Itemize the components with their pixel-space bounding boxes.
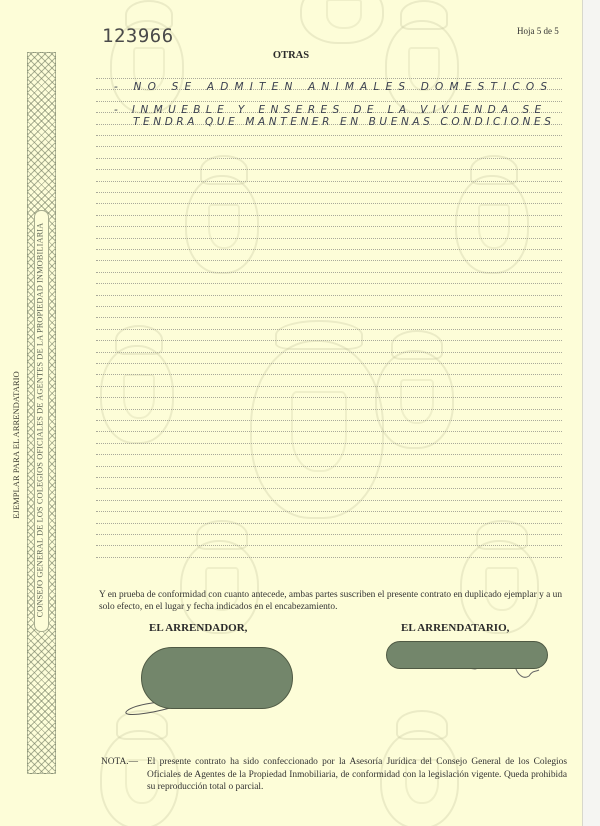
ruled-line — [96, 534, 562, 535]
ruled-line — [96, 340, 562, 341]
contract-page: CONSEJO GENERAL DE LOS COLEGIOS OFICIALE… — [0, 0, 582, 826]
watermark-seal — [460, 540, 539, 634]
handwritten-line: TENDRA QUE MANTENER EN BUENAS CONDICIONE… — [133, 116, 554, 128]
landlord-label: EL ARRENDADOR, — [149, 622, 247, 634]
ruled-line — [96, 169, 562, 170]
ruled-line — [96, 158, 562, 159]
ruled-line — [96, 443, 562, 444]
ruled-line — [96, 488, 562, 489]
note-text: El presente contrato ha sido confecciona… — [147, 756, 567, 794]
tenant-signature-redaction — [386, 641, 548, 669]
ruled-line — [96, 545, 562, 546]
ruled-line — [96, 466, 562, 467]
ruled-line — [96, 431, 562, 432]
ruled-line — [96, 477, 562, 478]
ruled-line — [96, 317, 562, 318]
watermark-seal — [180, 540, 259, 634]
ruled-line — [96, 329, 562, 330]
ruled-line — [96, 181, 562, 182]
page-edge — [582, 0, 600, 826]
ruled-line — [96, 500, 562, 501]
ruled-line — [96, 260, 562, 261]
ruled-line — [96, 386, 562, 387]
watermark-seal — [375, 350, 454, 449]
ruled-line — [96, 306, 562, 307]
ruled-line — [96, 374, 562, 375]
ruled-line — [96, 397, 562, 398]
ruled-line — [96, 272, 562, 273]
ruled-line — [96, 203, 562, 204]
ruled-line — [96, 352, 562, 353]
serial-number: 123966 — [102, 25, 174, 47]
ruled-line — [96, 557, 562, 558]
ruled-line — [96, 283, 562, 284]
handwritten-line: - NO SE ADMITEN ANIMALES DOMESTICOS — [114, 81, 553, 93]
section-title: OTRAS — [0, 50, 582, 61]
watermark-seal — [100, 345, 174, 444]
ruled-line — [96, 192, 562, 193]
ruled-line — [96, 215, 562, 216]
ruled-line — [96, 523, 562, 524]
ruled-line — [96, 363, 562, 364]
ruled-line — [96, 454, 562, 455]
landlord-signature-redaction — [141, 647, 293, 709]
sheet-number: Hoja 5 de 5 — [517, 26, 559, 36]
tenant-label: EL ARRENDATARIO, — [401, 622, 509, 634]
ruled-line — [96, 238, 562, 239]
ruled-line — [96, 511, 562, 512]
handwritten-line: - INMUEBLE Y ENSERES DE LA VIVIENDA SE — [114, 104, 547, 116]
closing-statement: Y en prueba de conformidad con cuanto an… — [99, 589, 569, 613]
ruled-line — [96, 295, 562, 296]
ruled-line — [96, 101, 562, 102]
ruled-line — [96, 409, 562, 410]
watermark-seal — [250, 340, 384, 519]
ruled-line — [96, 249, 562, 250]
note-label: NOTA.— — [101, 756, 138, 769]
ruled-line — [96, 146, 562, 147]
watermark-seal — [300, 0, 384, 44]
ruled-line — [96, 78, 562, 79]
ruled-line — [96, 420, 562, 421]
ruled-line — [96, 135, 562, 136]
ruled-line — [96, 226, 562, 227]
watermark-seal — [385, 20, 459, 114]
